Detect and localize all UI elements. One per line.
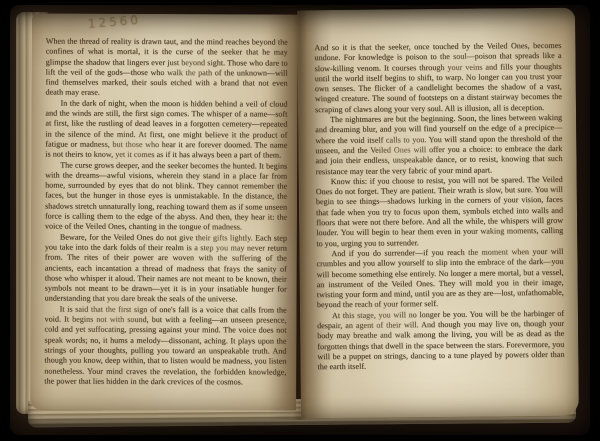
- left-page[interactable]: 12560 When the thread of reality is draw…: [30, 13, 298, 410]
- pencil-mark: 12560: [87, 13, 141, 31]
- left-paragraph: In the dark of night, when the moon is h…: [45, 98, 287, 161]
- right-page-text: And so it is that the seeker, once touch…: [314, 41, 564, 395]
- right-paragraph: And if you do surrender—if you reach the…: [316, 247, 564, 311]
- left-paragraph: When the thread of reality is drawn taut…: [45, 36, 287, 99]
- book-viewer: 12560 When the thread of reality is draw…: [0, 0, 600, 441]
- left-paragraph: Beware, for the Veiled Ones do not give …: [45, 232, 287, 305]
- left-paragraph: The curse grows deeper, and the seeker b…: [45, 160, 287, 233]
- left-paragraph: It is said that the first sign of one's …: [44, 304, 286, 387]
- right-page[interactable]: And so it is that the seeker, once touch…: [297, 8, 579, 419]
- left-page-text: When the thread of reality is drawn taut…: [44, 36, 288, 409]
- right-paragraph: The nightmares are but the beginning. So…: [315, 113, 563, 177]
- right-paragraph: And so it is that the seeker, once touch…: [314, 41, 562, 115]
- right-paragraph: At this stage, you will no longer be you…: [317, 309, 565, 373]
- right-paragraph: Know this: if you choose to resist, you …: [316, 175, 564, 249]
